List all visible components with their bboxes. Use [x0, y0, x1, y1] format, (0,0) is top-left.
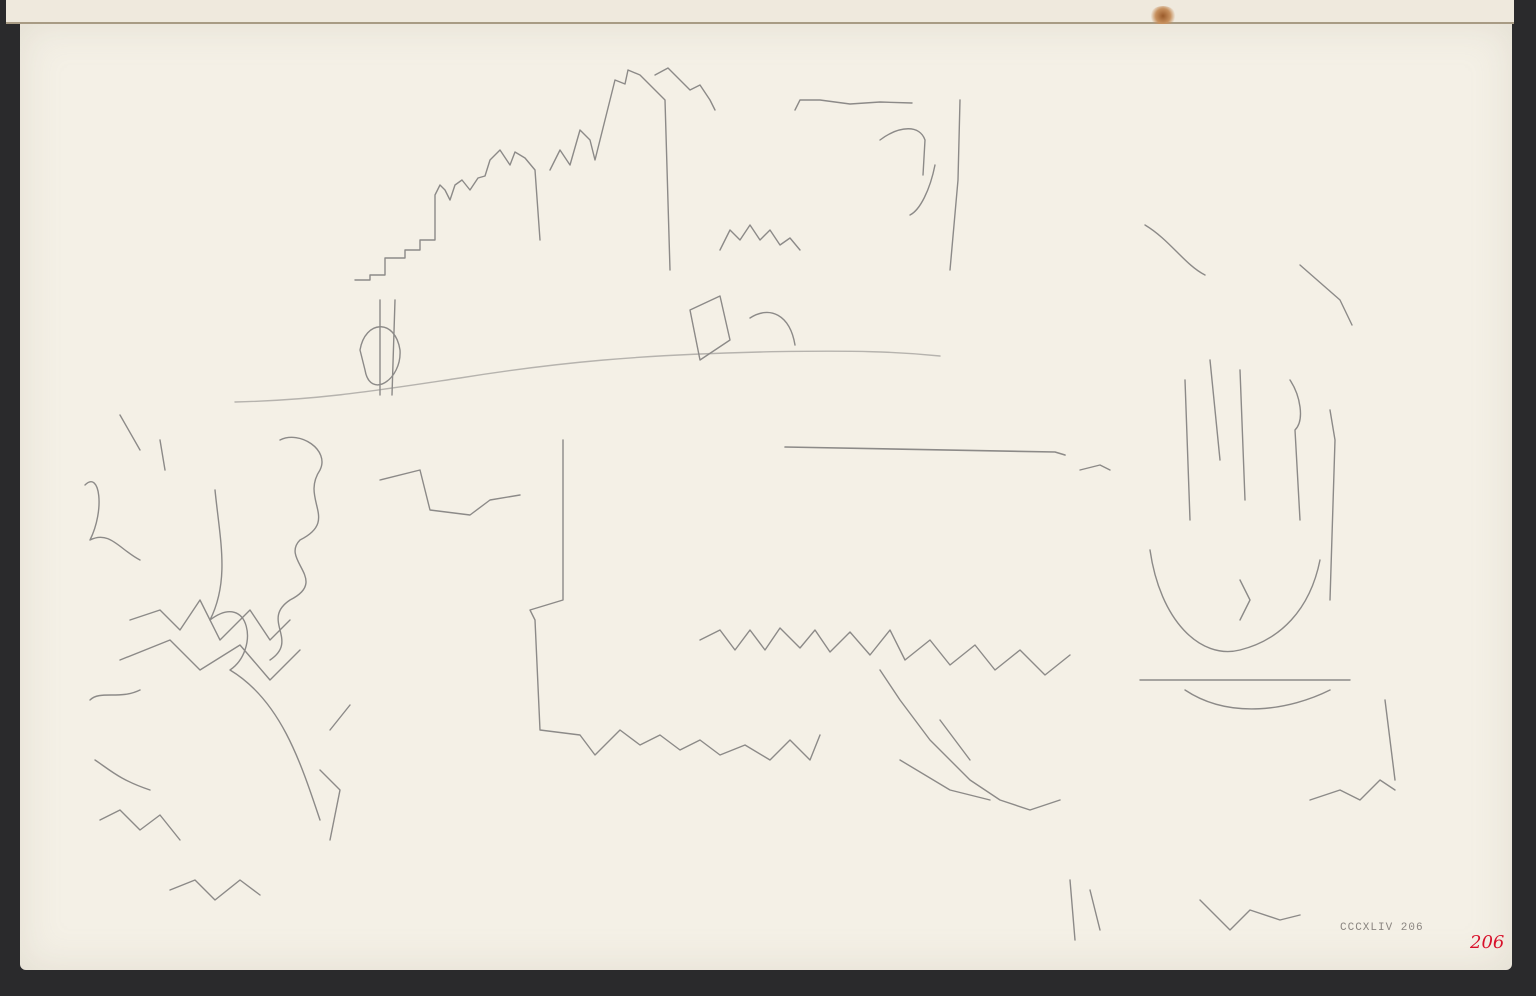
page-number: 206 [1470, 932, 1504, 953]
pencil-sketch [0, 0, 1536, 996]
inventory-mark: CCCXLIV 206 [1340, 922, 1424, 934]
